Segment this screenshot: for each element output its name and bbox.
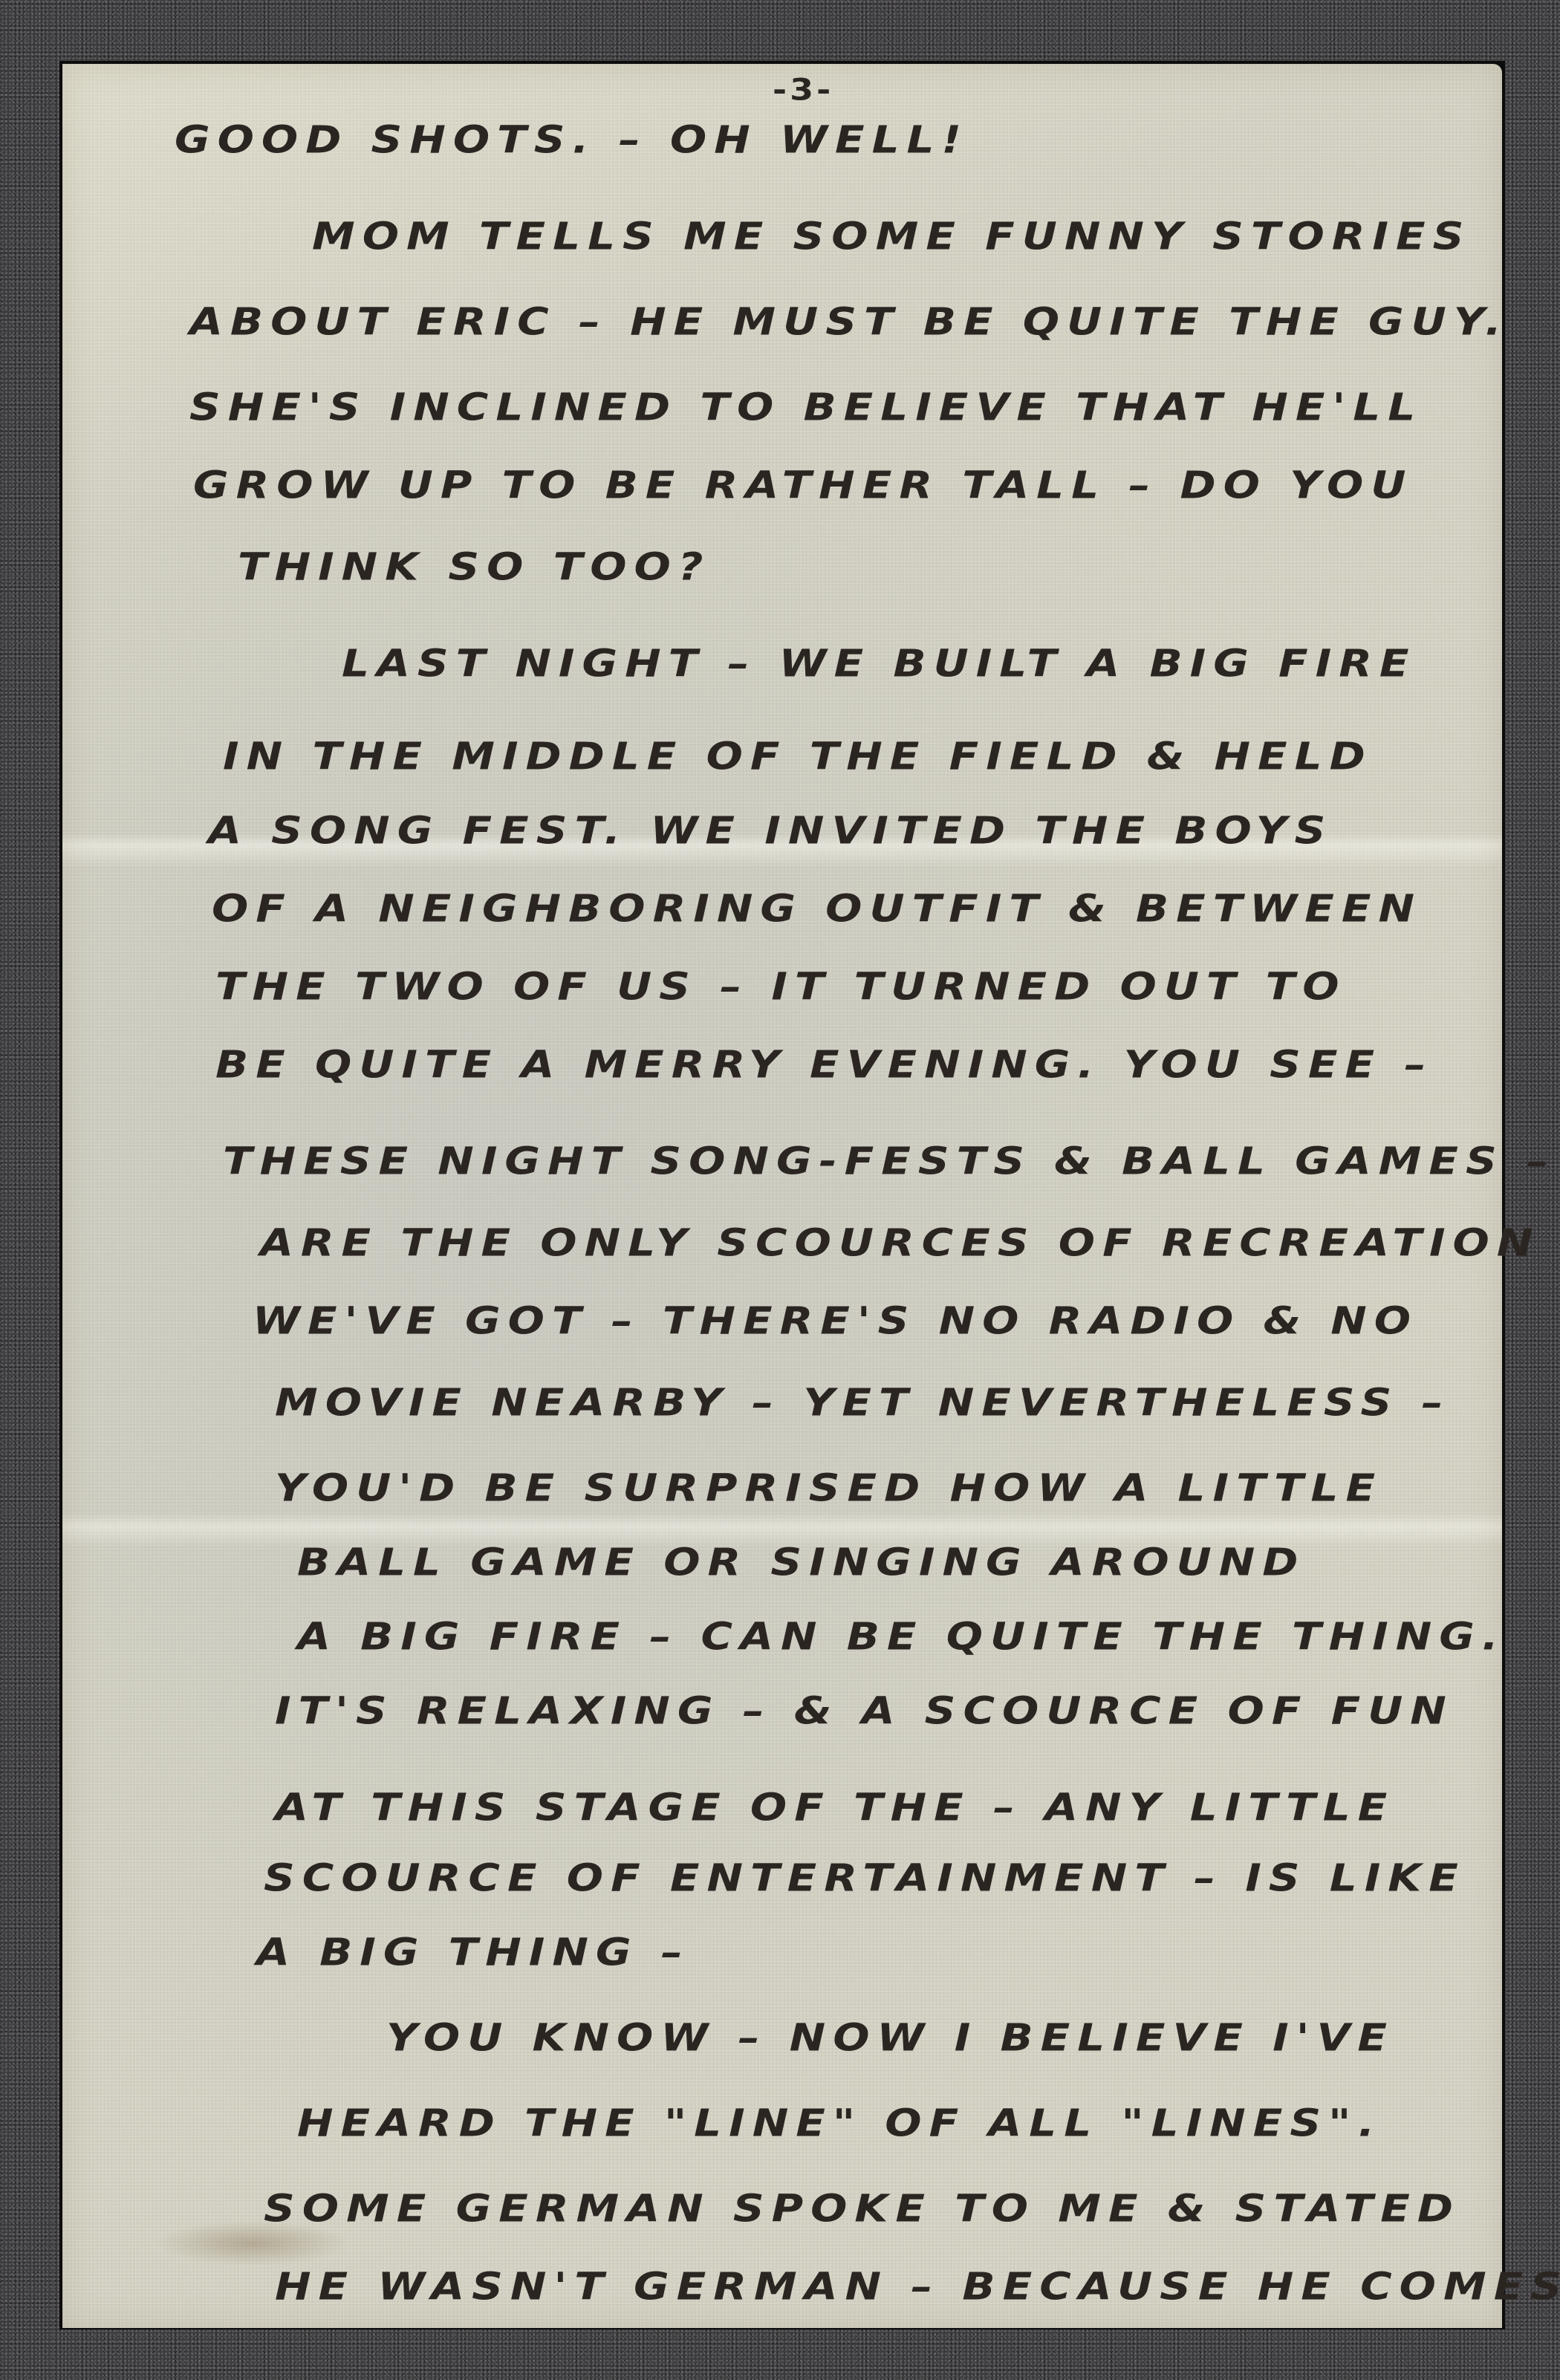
letter-line: It's relaxing – & a scource of fun	[275, 1688, 1454, 1733]
letter-line: grow up to be rather tall – Do you	[193, 463, 1413, 507]
letter-line: a song fest. We invited the boys	[208, 808, 1333, 853]
letter-line: She's inclined to believe that he'll	[189, 385, 1423, 429]
letter-line: movie nearby – yet nevertheless –	[275, 1380, 1450, 1425]
letter-line: Mom tells me some funny stories	[312, 214, 1471, 259]
letter-line: of a neighboring outfit & between	[212, 886, 1422, 931]
letter-line: heard the "line" of all "lines".	[297, 2101, 1382, 2145]
letter-line: we've got – There's no radio & no	[253, 1298, 1418, 1343]
letter-line: the two of us – it turned out to	[215, 964, 1347, 1009]
page-number: -3-	[773, 71, 833, 107]
letter-line: a big fire – can be quite the thing.	[297, 1614, 1506, 1659]
letter-line: think so too?	[238, 544, 710, 589]
letter-line: about Eric – he must be quite the guy.	[189, 299, 1509, 344]
letter-line: scource of entertainment – is like	[264, 1856, 1466, 1900]
letter-line: Good shots. – Oh well!	[175, 117, 969, 162]
letter-line: a big thing –	[256, 1930, 690, 1974]
letter-line: You know – now I believe I've	[386, 2015, 1394, 2060]
letter-line: Last night – we built a big fire	[342, 641, 1417, 686]
letter-line: you'd be surprised how a little	[275, 1466, 1382, 1510]
letter-line: Some German spoke to me & stated	[264, 2186, 1460, 2231]
letter-line: be quite a merry evening. You see –	[215, 1042, 1433, 1087]
letter-line: are the only scources of recreation	[260, 1220, 1540, 1265]
letter-line: in the middle of the field & held	[223, 734, 1373, 778]
letter-line: he wasn't German – because he comes	[275, 2264, 1560, 2309]
letter-line: ball game or singing around	[297, 1540, 1305, 1584]
letter-line: At this stage of the – Any little	[275, 1785, 1394, 1830]
letter-line: these night song-fests & ball games –	[223, 1139, 1556, 1183]
